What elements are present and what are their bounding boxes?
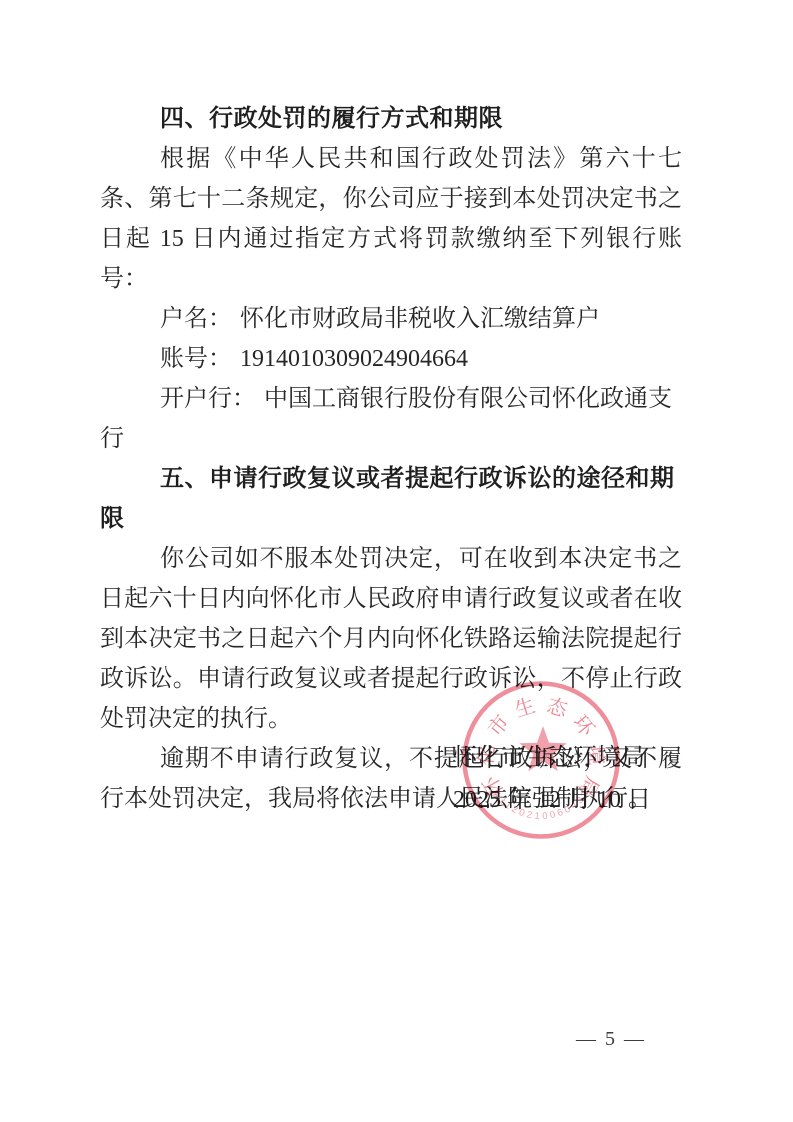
page-number: — 5 — [566,1026,656,1052]
signature-agency-name: 怀化市生态环境局 [453,737,651,779]
signature-block: 怀化市生态环境局 2025 年 12 月 10 日 [453,737,651,821]
document-body: 四、行政处罚的履行方式和期限 根据《中华人民共和国行政处罚法》第六十七条、第七十… [100,99,682,819]
section-5-heading: 五、申请行政复议或者提起行政诉讼的途径和期限 [100,459,682,539]
bank-branch-label: 开户行： [160,386,256,412]
section-5-paragraph-1: 你公司如不服本处罚决定，可在收到本决定书之日起六十日内向怀化市人民政府申请行政复… [100,539,682,739]
bank-account-number-label: 账号： [160,346,232,372]
bank-account-number-line: 账号：1914010309024904664 [100,339,682,379]
signature-date: 2025 年 12 月 10 日 [453,779,651,821]
document-page: 四、行政处罚的履行方式和期限 根据《中华人民共和国行政处罚法》第六十七条、第七十… [0,0,793,1122]
section-4-paragraph: 根据《中华人民共和国行政处罚法》第六十七条、第七十二条规定，你公司应于接到本处罚… [100,139,682,299]
bank-account-number-value: 1914010309024904664 [240,346,468,372]
bank-account-name-label: 户名： [160,306,232,332]
section-4-heading: 四、行政处罚的履行方式和期限 [100,99,682,139]
bank-branch-line: 开户行：中国工商银行股份有限公司怀化政通支行 [100,379,682,459]
bank-account-name-value: 怀化市财政局非税收入汇缴结算户 [240,306,600,332]
bank-account-name-line: 户名：怀化市财政局非税收入汇缴结算户 [100,299,682,339]
